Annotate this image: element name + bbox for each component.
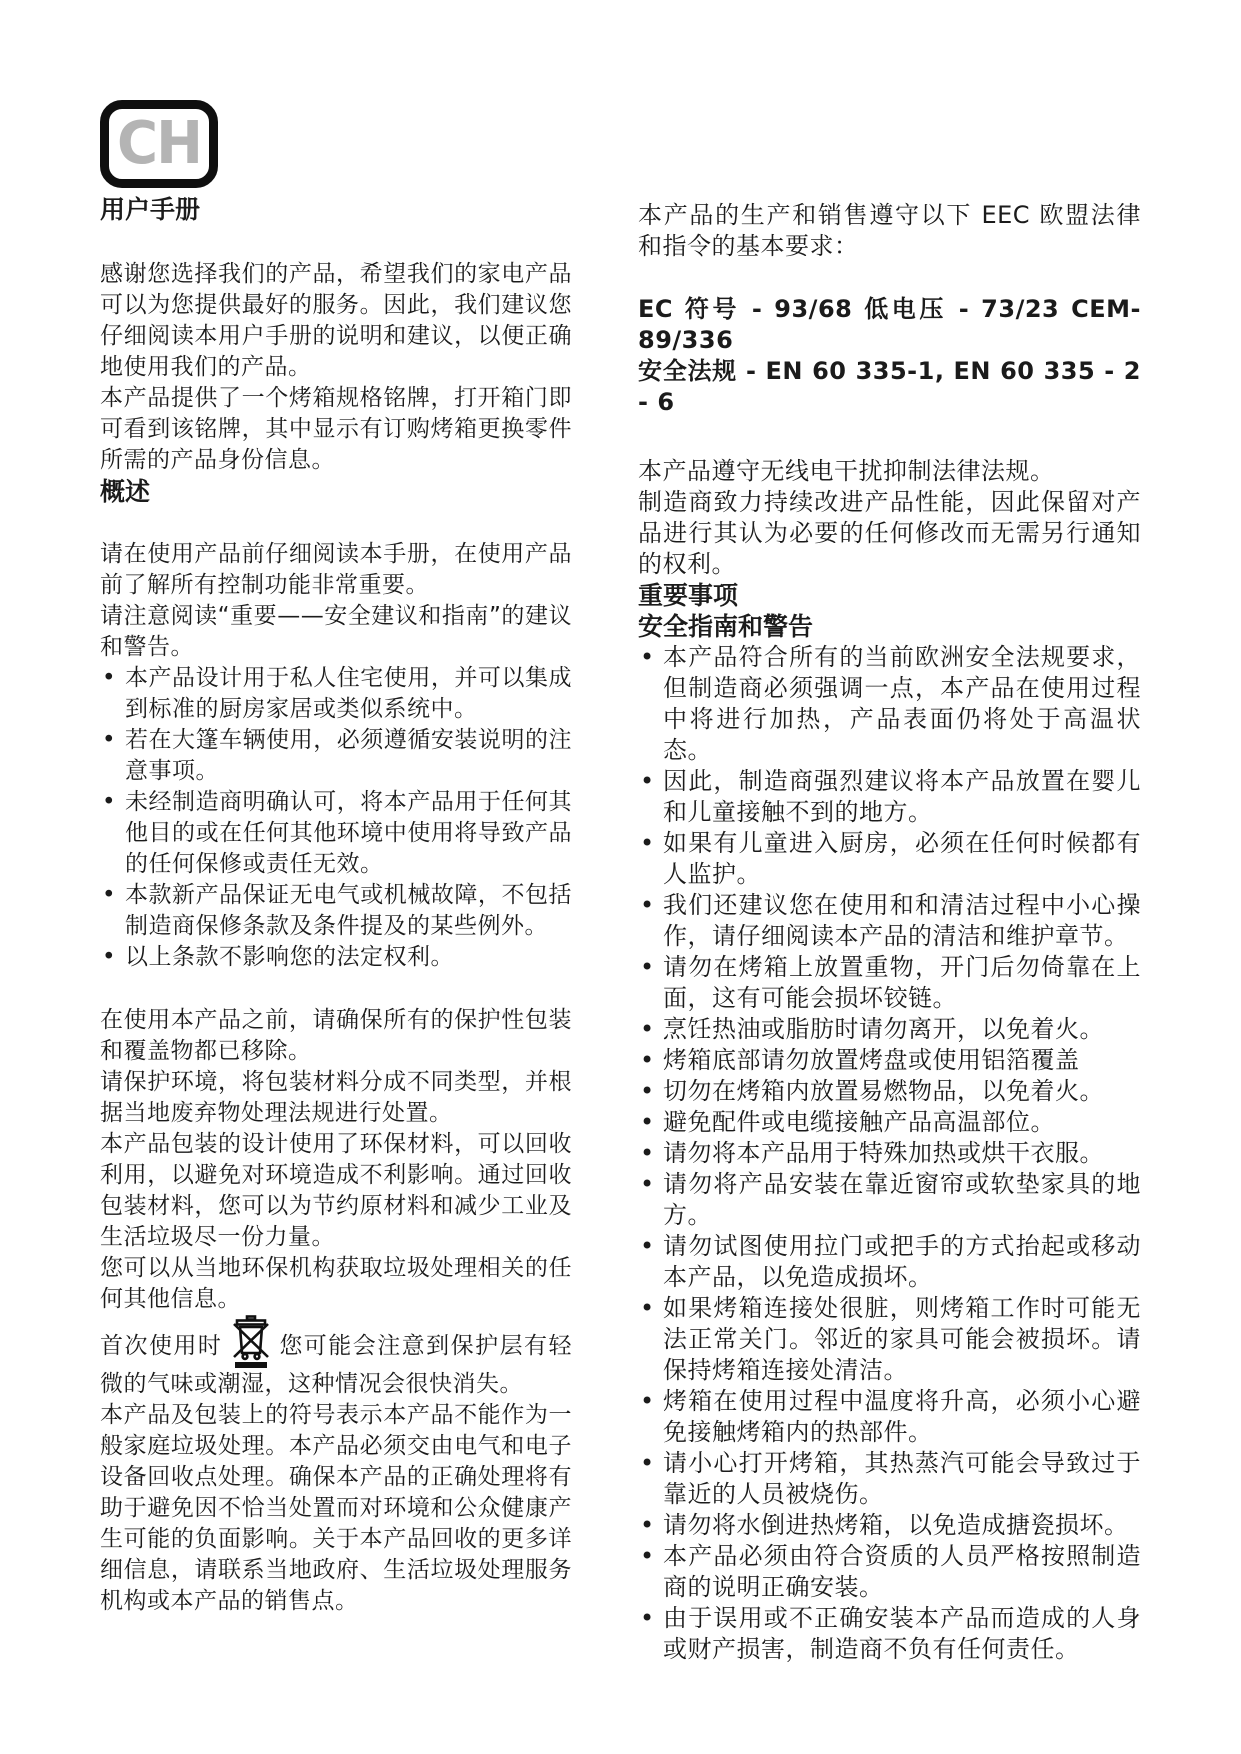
- first-use-paragraph: 首次使用时 您可能会注意到保护层有轻微的气味或潮湿，这种情况会很快消失。: [100, 1315, 572, 1400]
- page-title: 用户手册: [100, 194, 572, 225]
- weee-crossed-out-bin-icon: [232, 1315, 270, 1369]
- important-heading: 重要事项: [638, 580, 1141, 611]
- safety-bullet-list: 本产品符合所有的当前欧洲安全法规要求，但制造商必须强调一点，本产品在使用过程中将…: [638, 642, 1141, 1665]
- overview-heading: 概述: [100, 476, 572, 507]
- improvement-rights-paragraph: 制造商致力持续改进产品性能，因此保留对产品进行其认为必要的任何修改而无需另行通知…: [638, 487, 1141, 580]
- bullet-item: 若在大篷车辆使用，必须遵循安装说明的注意事项。: [100, 725, 572, 787]
- ch-language-badge: CH: [100, 100, 218, 188]
- bullet-item: 请勿将产品安装在靠近窗帘或软垫家具的地方。: [638, 1169, 1141, 1231]
- bullet-item: 烤箱在使用过程中温度将升高，必须小心避免接触烤箱内的热部件。: [638, 1386, 1141, 1448]
- bullet-item: 因此，制造商强烈建议将本产品放置在婴儿和儿童接触不到的地方。: [638, 766, 1141, 828]
- overview-paragraph: 请注意阅读“重要——安全建议和指南”的建议和警告。: [100, 601, 572, 663]
- intro-paragraph: 感谢您选择我们的产品，希望我们的家电产品可以为您提供最好的服务。因此，我们建议您…: [100, 259, 572, 383]
- disposal-paragraph: 本产品及包装上的符号表示本产品不能作为一般家庭垃圾处理。本产品必须交由电气和电子…: [100, 1400, 572, 1617]
- bullet-item: 我们还建议您在使用和和清洁过程中小心操作，请仔细阅读本产品的清洁和维护章节。: [638, 890, 1141, 952]
- bullet-item: 由于误用或不正确安装本产品而造成的人身或财产损害，制造商不负有任何责任。: [638, 1603, 1141, 1665]
- first-use-prefix: 首次使用时: [100, 1333, 222, 1359]
- bullet-item: 本产品必须由符合资质的人员严格按照制造商的说明正确安装。: [638, 1541, 1141, 1603]
- bullet-item: 烤箱底部请勿放置烤盘或使用铝箔覆盖: [638, 1045, 1141, 1076]
- bullet-item: 本款新产品保证无电气或机械故障，不包括制造商保修条款及条件提及的某些例外。: [100, 880, 572, 942]
- right-column: 本产品的生产和销售遵守以下 EEC 欧盟法律和指令的基本要求： EC 符号 - …: [638, 100, 1141, 1665]
- bullet-item: 避免配件或电缆接触产品高温部位。: [638, 1107, 1141, 1138]
- environment-paragraph: 您可以从当地环保机构获取垃圾处理相关的任何其他信息。: [100, 1253, 572, 1315]
- bullet-item: 如果烤箱连接处很脏，则烤箱工作时可能无法正常关门。邻近的家具可能会被损坏。请保持…: [638, 1293, 1141, 1386]
- bullet-item: 未经制造商明确认可，将本产品用于任何其他目的或在任何其他环境中使用将导致产品的任…: [100, 787, 572, 880]
- bullet-item: 请勿将本产品用于特殊加热或烘干衣服。: [638, 1138, 1141, 1169]
- overview-bullet-list: 本产品设计用于私人住宅使用，并可以集成到标准的厨房家居或类似系统中。 若在大篷车…: [100, 663, 572, 973]
- environment-paragraph: 请保护环境，将包装材料分成不同类型，并根据当地废弃物处理法规进行处置。: [100, 1067, 572, 1129]
- safety-guidelines-heading: 安全指南和警告: [638, 611, 1141, 642]
- ec-directives-line: EC 符号 - 93/68 低电压 - 73/23 CEM-89/336: [638, 294, 1141, 356]
- bullet-item: 以上条款不影响您的法定权利。: [100, 942, 572, 973]
- radio-interference-paragraph: 本产品遵守无线电干扰抑制法律法规。: [638, 456, 1141, 487]
- ch-language-code: CH: [117, 115, 201, 174]
- bullet-item: 本产品设计用于私人住宅使用，并可以集成到标准的厨房家居或类似系统中。: [100, 663, 572, 725]
- overview-paragraph: 请在使用产品前仔细阅读本手册，在使用产品前了解所有控制功能非常重要。: [100, 539, 572, 601]
- bullet-item: 请小心打开烤箱，其热蒸汽可能会导致过于靠近的人员被烧伤。: [638, 1448, 1141, 1510]
- bullet-item: 请勿试图使用拉门或把手的方式抬起或移动本产品，以免造成损坏。: [638, 1231, 1141, 1293]
- safety-standards-line: 安全法规 - EN 60 335-1, EN 60 335 - 2 - 6: [638, 356, 1141, 418]
- environment-paragraph: 本产品包装的设计使用了环保材料，可以回收利用，以避免对环境造成不利影响。通过回收…: [100, 1129, 572, 1253]
- bullet-item: 请勿在烤箱上放置重物，开门后勿倚靠在上面，这有可能会损坏铰链。: [638, 952, 1141, 1014]
- left-column: CH 用户手册 感谢您选择我们的产品，希望我们的家电产品可以为您提供最好的服务。…: [100, 100, 572, 1665]
- bullet-item: 烹饪热油或脂肪时请勿离开，以免着火。: [638, 1014, 1141, 1045]
- environment-paragraph: 在使用本产品之前，请确保所有的保护性包装和覆盖物都已移除。: [100, 1005, 572, 1067]
- bullet-item: 本产品符合所有的当前欧洲安全法规要求，但制造商必须强调一点，本产品在使用过程中将…: [638, 642, 1141, 766]
- intro-paragraph: 本产品提供了一个烤箱规格铭牌，打开箱门即可看到该铭牌，其中显示有订购烤箱更换零件…: [100, 383, 572, 476]
- bullet-item: 如果有儿童进入厨房，必须在任何时候都有人监护。: [638, 828, 1141, 890]
- bullet-item: 请勿将水倒进热烤箱，以免造成搪瓷损坏。: [638, 1510, 1141, 1541]
- compliance-intro-paragraph: 本产品的生产和销售遵守以下 EEC 欧盟法律和指令的基本要求：: [638, 200, 1141, 262]
- user-manual-page: CH 用户手册 感谢您选择我们的产品，希望我们的家电产品可以为您提供最好的服务。…: [0, 0, 1241, 1705]
- bullet-item: 切勿在烤箱内放置易燃物品，以免着火。: [638, 1076, 1141, 1107]
